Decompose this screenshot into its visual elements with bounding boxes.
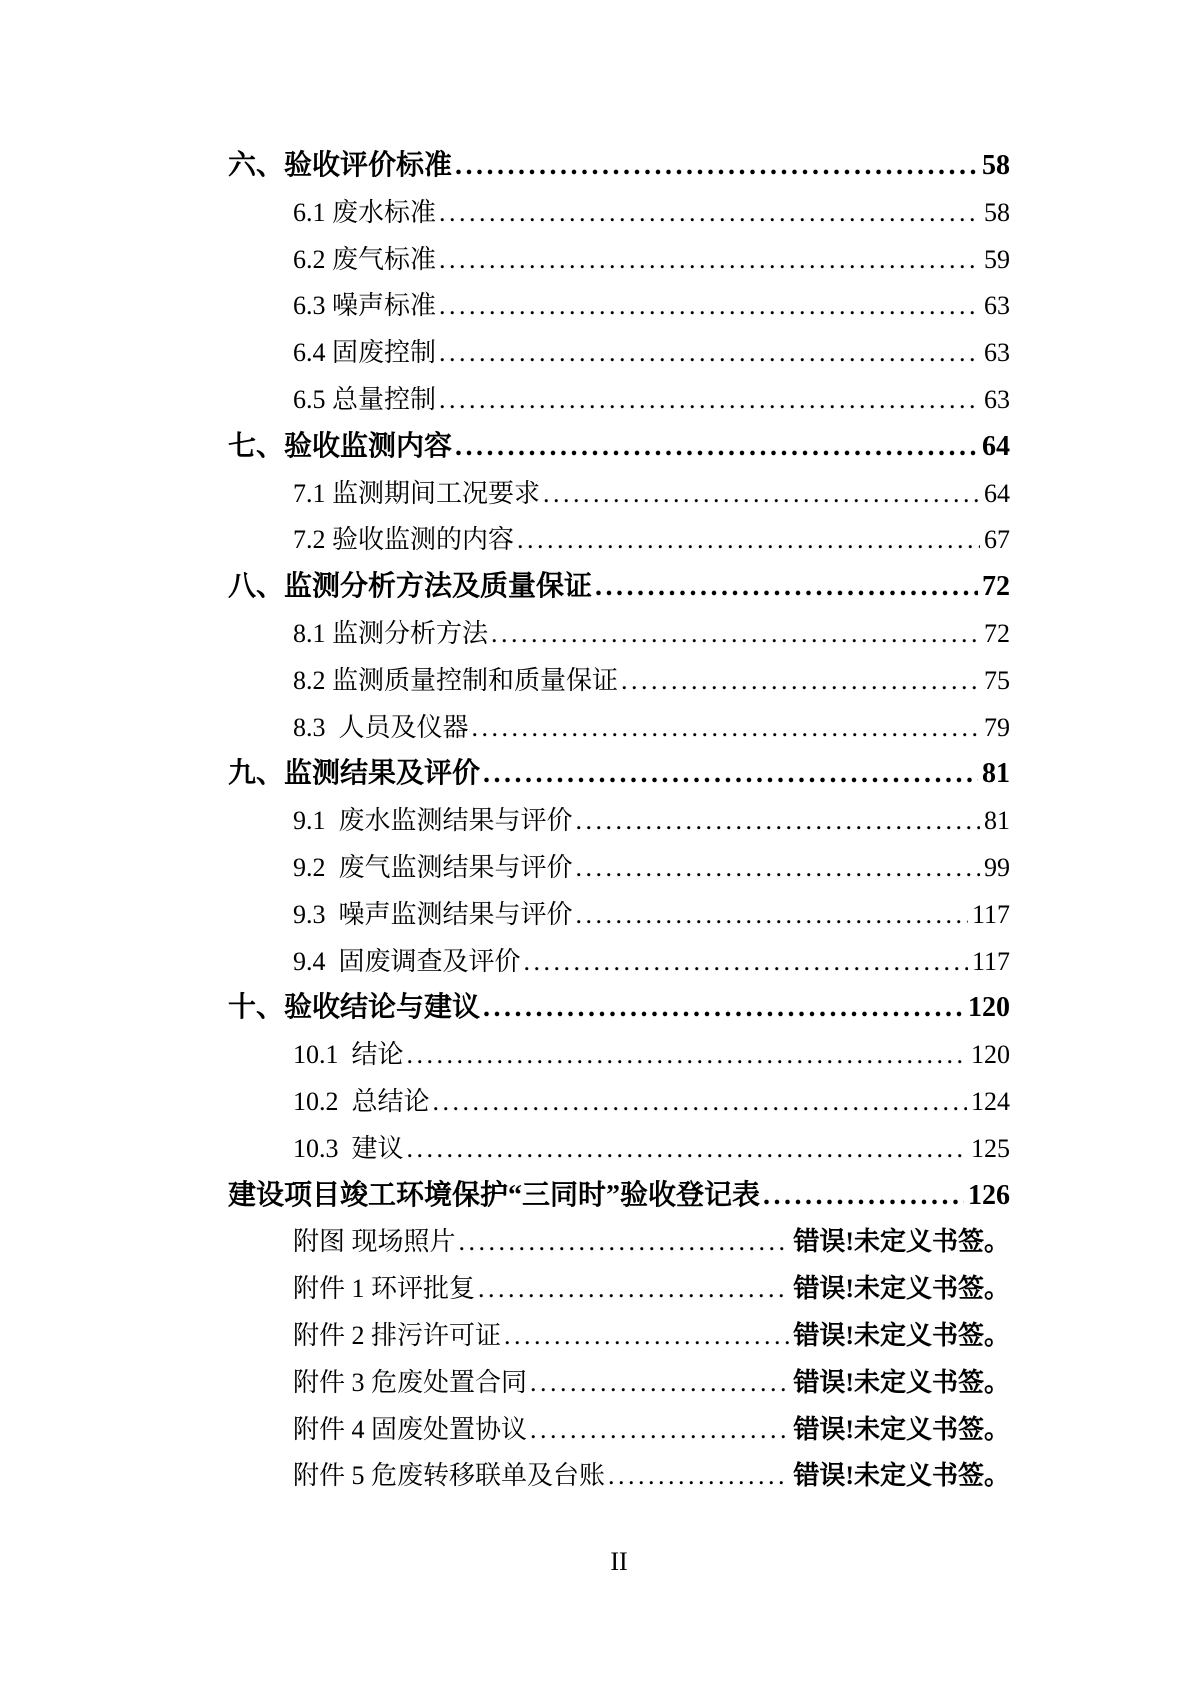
toc-leader-dots bbox=[455, 143, 978, 190]
toc-entry[interactable]: 9.4 固废调查及评价 117 bbox=[228, 939, 1010, 986]
toc-entry-label: 七、验收监测内容 bbox=[228, 424, 452, 471]
toc-entry-label: 9.3 噪声监测结果与评价 bbox=[293, 892, 573, 939]
toc-entry[interactable]: 9.1 废水监测结果与评价 81 bbox=[228, 798, 1010, 845]
toc-entry[interactable]: 6.1 废水标准 58 bbox=[228, 190, 1010, 237]
toc-entry-page: 64 bbox=[982, 424, 1010, 471]
toc-entry[interactable]: 10.2 总结论 124 bbox=[228, 1079, 1010, 1126]
toc-leader-dots bbox=[504, 1313, 789, 1360]
toc-entry-label: 附件 5 危废转移联单及台账 bbox=[293, 1453, 605, 1500]
toc-entry-page: 63 bbox=[984, 330, 1010, 377]
toc-leader-dots bbox=[621, 658, 980, 705]
toc-entry[interactable]: 10.3 建议 125 bbox=[228, 1126, 1010, 1173]
toc-entry[interactable]: 10.1 结论 120 bbox=[228, 1032, 1010, 1079]
toc-entry-page: 错误!未定义书签。 bbox=[793, 1360, 1010, 1407]
toc-entry-page: 67 bbox=[984, 517, 1010, 564]
toc-leader-dots bbox=[595, 564, 978, 611]
toc-leader-dots bbox=[439, 330, 980, 377]
toc-entry[interactable]: 6.2 废气标准 59 bbox=[228, 237, 1010, 284]
toc-entry[interactable]: 6.4 固废控制 63 bbox=[228, 330, 1010, 377]
toc-leader-dots bbox=[543, 471, 980, 518]
toc-entry[interactable]: 附件 4 固废处置协议 错误!未定义书签。 bbox=[228, 1407, 1010, 1454]
toc-entry-page: 124 bbox=[971, 1079, 1010, 1126]
toc-entry-page: 81 bbox=[984, 798, 1010, 845]
toc-entry-page: 81 bbox=[982, 751, 1010, 798]
toc-leader-dots bbox=[576, 845, 980, 892]
toc-entry-label: 10.3 建议 bbox=[293, 1126, 404, 1173]
toc-leader-dots bbox=[483, 985, 964, 1032]
toc-leader-dots bbox=[608, 1453, 789, 1500]
document-page: 六、验收评价标准 58 6.1 废水标准 58 6.2 废气标准 59 6.3 … bbox=[0, 0, 1190, 1683]
toc-leader-dots bbox=[407, 1126, 967, 1173]
toc-entry-page: 63 bbox=[984, 283, 1010, 330]
toc-entry-label: 7.1 监测期间工况要求 bbox=[293, 471, 540, 518]
toc-entry-label: 六、验收评价标准 bbox=[228, 143, 452, 190]
toc-entry[interactable]: 附图 现场照片 错误!未定义书签。 bbox=[228, 1219, 1010, 1266]
toc-entry-label: 6.4 固废控制 bbox=[293, 330, 436, 377]
toc-entry-label: 10.2 总结论 bbox=[293, 1079, 430, 1126]
toc-entry-label: 8.1 监测分析方法 bbox=[293, 611, 488, 658]
toc-entry-label: 9.4 固废调查及评价 bbox=[293, 939, 521, 986]
toc-entry-page: 125 bbox=[971, 1126, 1010, 1173]
toc-entry[interactable]: 九、监测结果及评价 81 bbox=[228, 751, 1010, 798]
toc-entry[interactable]: 附件 1 环评批复 错误!未定义书签。 bbox=[228, 1266, 1010, 1313]
toc-entry-label: 10.1 结论 bbox=[293, 1032, 404, 1079]
toc-entry-label: 十、验收结论与建议 bbox=[228, 985, 480, 1032]
toc-leader-dots bbox=[530, 1360, 789, 1407]
toc-entry-label: 7.2 验收监测的内容 bbox=[293, 517, 514, 564]
toc-leader-dots bbox=[439, 377, 980, 424]
toc-entry-page: 72 bbox=[982, 564, 1010, 611]
toc-leader-dots bbox=[439, 237, 980, 284]
toc-entry-page: 117 bbox=[972, 939, 1010, 986]
toc-leader-dots bbox=[483, 751, 978, 798]
toc-leader-dots bbox=[439, 283, 980, 330]
toc-entry-page: 59 bbox=[984, 237, 1010, 284]
toc-leader-dots bbox=[439, 190, 980, 237]
toc-entry[interactable]: 6.3 噪声标准 63 bbox=[228, 283, 1010, 330]
toc-entry[interactable]: 6.5 总量控制 63 bbox=[228, 377, 1010, 424]
toc-entry-label: 附件 3 危废处置合同 bbox=[293, 1360, 527, 1407]
toc-entry-page: 64 bbox=[984, 471, 1010, 518]
toc-entry-page: 错误!未定义书签。 bbox=[793, 1266, 1010, 1313]
toc-entry-label: 6.5 总量控制 bbox=[293, 377, 436, 424]
toc-entry-page: 72 bbox=[984, 611, 1010, 658]
toc-entry[interactable]: 7.1 监测期间工况要求 64 bbox=[228, 471, 1010, 518]
toc-entry[interactable]: 七、验收监测内容 64 bbox=[228, 424, 1010, 471]
toc-leader-dots bbox=[491, 611, 980, 658]
toc-entry[interactable]: 六、验收评价标准 58 bbox=[228, 143, 1010, 190]
toc-leader-dots bbox=[478, 1266, 789, 1313]
page-footer: II bbox=[228, 1544, 1010, 1580]
toc-entry-page: 63 bbox=[984, 377, 1010, 424]
toc-entry[interactable]: 附件 3 危废处置合同 错误!未定义书签。 bbox=[228, 1360, 1010, 1407]
toc-entry-label: 八、监测分析方法及质量保证 bbox=[228, 564, 592, 611]
toc-entry[interactable]: 9.2 废气监测结果与评价 99 bbox=[228, 845, 1010, 892]
toc-entry-label: 附件 2 排污许可证 bbox=[293, 1313, 501, 1360]
toc-entry[interactable]: 附件 5 危废转移联单及台账 错误!未定义书签。 bbox=[228, 1453, 1010, 1500]
toc-entry-page: 58 bbox=[984, 190, 1010, 237]
table-of-contents: 六、验收评价标准 58 6.1 废水标准 58 6.2 废气标准 59 6.3 … bbox=[228, 143, 1010, 1500]
toc-entry-page: 120 bbox=[971, 1032, 1010, 1079]
toc-entry-label: 附件 1 环评批复 bbox=[293, 1266, 475, 1313]
toc-entry-label: 8.3 人员及仪器 bbox=[293, 705, 469, 752]
toc-entry[interactable]: 十、验收结论与建议 120 bbox=[228, 985, 1010, 1032]
toc-leader-dots bbox=[763, 1173, 964, 1220]
toc-entry-page: 79 bbox=[984, 705, 1010, 752]
toc-entry-page: 错误!未定义书签。 bbox=[793, 1219, 1010, 1266]
toc-entry-page: 75 bbox=[984, 658, 1010, 705]
toc-entry-page: 99 bbox=[984, 845, 1010, 892]
toc-leader-dots bbox=[455, 424, 978, 471]
toc-entry-page: 120 bbox=[968, 985, 1010, 1032]
toc-entry-page: 126 bbox=[968, 1173, 1010, 1220]
toc-entry[interactable]: 八、监测分析方法及质量保证 72 bbox=[228, 564, 1010, 611]
toc-leader-dots bbox=[517, 517, 980, 564]
toc-leader-dots bbox=[524, 939, 968, 986]
toc-entry-label: 附图 现场照片 bbox=[293, 1219, 456, 1266]
toc-entry-page: 错误!未定义书签。 bbox=[793, 1313, 1010, 1360]
toc-leader-dots bbox=[433, 1079, 967, 1126]
toc-entry-page: 错误!未定义书签。 bbox=[793, 1407, 1010, 1454]
toc-entry-label: 6.2 废气标准 bbox=[293, 237, 436, 284]
toc-entry[interactable]: 8.1 监测分析方法 72 bbox=[228, 611, 1010, 658]
toc-entry[interactable]: 建设项目竣工环境保护“三同时”验收登记表 126 bbox=[228, 1173, 1010, 1220]
toc-leader-dots bbox=[472, 705, 980, 752]
toc-entry-label: 8.2 监测质量控制和质量保证 bbox=[293, 658, 618, 705]
toc-leader-dots bbox=[459, 1219, 790, 1266]
page-number: II bbox=[610, 1547, 627, 1576]
toc-entry[interactable]: 8.2 监测质量控制和质量保证 75 bbox=[228, 658, 1010, 705]
toc-entry[interactable]: 8.3 人员及仪器 79 bbox=[228, 705, 1010, 752]
toc-leader-dots bbox=[576, 798, 980, 845]
toc-leader-dots bbox=[576, 892, 968, 939]
toc-entry-page: 58 bbox=[982, 143, 1010, 190]
toc-entry-label: 9.1 废水监测结果与评价 bbox=[293, 798, 573, 845]
toc-entry[interactable]: 附件 2 排污许可证 错误!未定义书签。 bbox=[228, 1313, 1010, 1360]
toc-entry[interactable]: 9.3 噪声监测结果与评价 117 bbox=[228, 892, 1010, 939]
toc-entry-page: 117 bbox=[972, 892, 1010, 939]
toc-entry-label: 建设项目竣工环境保护“三同时”验收登记表 bbox=[228, 1173, 760, 1220]
toc-entry-label: 附件 4 固废处置协议 bbox=[293, 1407, 527, 1454]
toc-entry-page: 错误!未定义书签。 bbox=[793, 1453, 1010, 1500]
toc-leader-dots bbox=[530, 1407, 789, 1454]
toc-leader-dots bbox=[407, 1032, 967, 1079]
toc-entry-label: 9.2 废气监测结果与评价 bbox=[293, 845, 573, 892]
toc-entry-label: 6.1 废水标准 bbox=[293, 190, 436, 237]
toc-entry-label: 6.3 噪声标准 bbox=[293, 283, 436, 330]
toc-entry[interactable]: 7.2 验收监测的内容 67 bbox=[228, 517, 1010, 564]
toc-entry-label: 九、监测结果及评价 bbox=[228, 751, 480, 798]
